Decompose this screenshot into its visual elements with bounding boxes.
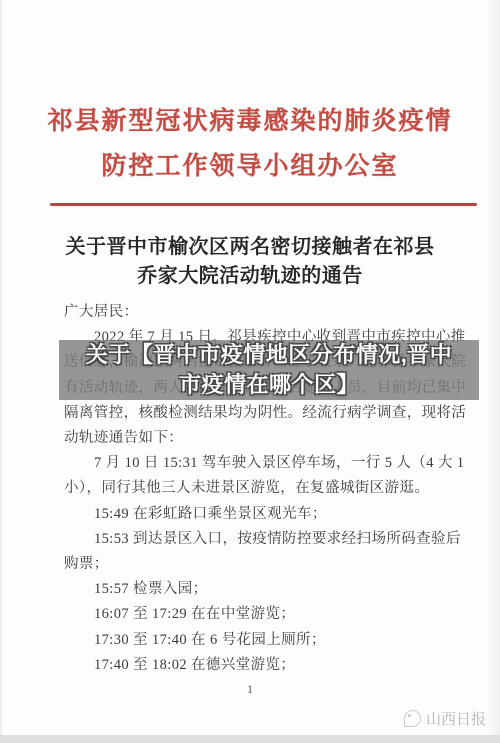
body-line: 16:07 至 17:29 在在中堂游览； [64, 602, 456, 627]
photo-bottom-strip [0, 735, 500, 743]
shanxi-daily-logo-icon [404, 710, 421, 727]
overlay-caption-line-2: 市疫情在哪个区】 [59, 370, 479, 400]
salutation: 广大居民： [64, 300, 456, 325]
document-title: 关于晋中市榆次区两名密切接触者在祁县 乔家大院活动轨迹的通告 [30, 233, 470, 291]
overlay-caption-line-1: 关于【晋中市疫情地区分布情况,晋中 [59, 340, 479, 370]
red-divider [50, 203, 477, 206]
document-title-line-1: 关于晋中市榆次区两名密切接触者在祁县 [30, 233, 470, 262]
letterhead-line-2: 防控工作领导小组办公室 [0, 144, 500, 189]
body-line: 17:40 至 18:02 在德兴堂游览； [64, 653, 456, 678]
body-line: 动轨迹通告如下： [64, 426, 456, 451]
letterhead: 祁县新型冠状病毒感染的肺炎疫情 防控工作领导小组办公室 [0, 99, 500, 189]
document-photo: 祁县新型冠状病毒感染的肺炎疫情 防控工作领导小组办公室 关于晋中市榆次区两名密切… [0, 0, 500, 743]
watermark-text: 山西日报 [426, 708, 486, 729]
watermark: 山西日报 [404, 708, 486, 729]
body-line: 小），同行其他三人未进景区游览，在复盛城街区游逛。 [64, 476, 456, 501]
body-line: 隔离管控，核酸检测结果均为阴性。经流行病学调查，现将活 [64, 401, 456, 426]
body-line: 17:30 至 17:40 在 6 号花园上厕所； [64, 628, 456, 653]
overlay-caption: 关于【晋中市疫情地区分布情况,晋中 市疫情在哪个区】 [59, 340, 479, 400]
letterhead-line-1: 祁县新型冠状病毒感染的肺炎疫情 [0, 99, 500, 144]
body-line: 购票； [64, 552, 456, 577]
body-line: 15:57 检票入园； [64, 577, 456, 602]
body-line: 15:53 到达景区入口，按疫情防控要求经扫场所码查验后 [64, 527, 456, 552]
body-line: 7 月 10 日 15:31 驾车驶入景区停车场，一行 5 人（4 大 1 [64, 451, 456, 476]
page-number: 1 [0, 682, 500, 697]
document-title-line-2: 乔家大院活动轨迹的通告 [30, 262, 470, 291]
body-line: 15:49 在彩虹路口乘坐景区观光车； [64, 502, 456, 527]
